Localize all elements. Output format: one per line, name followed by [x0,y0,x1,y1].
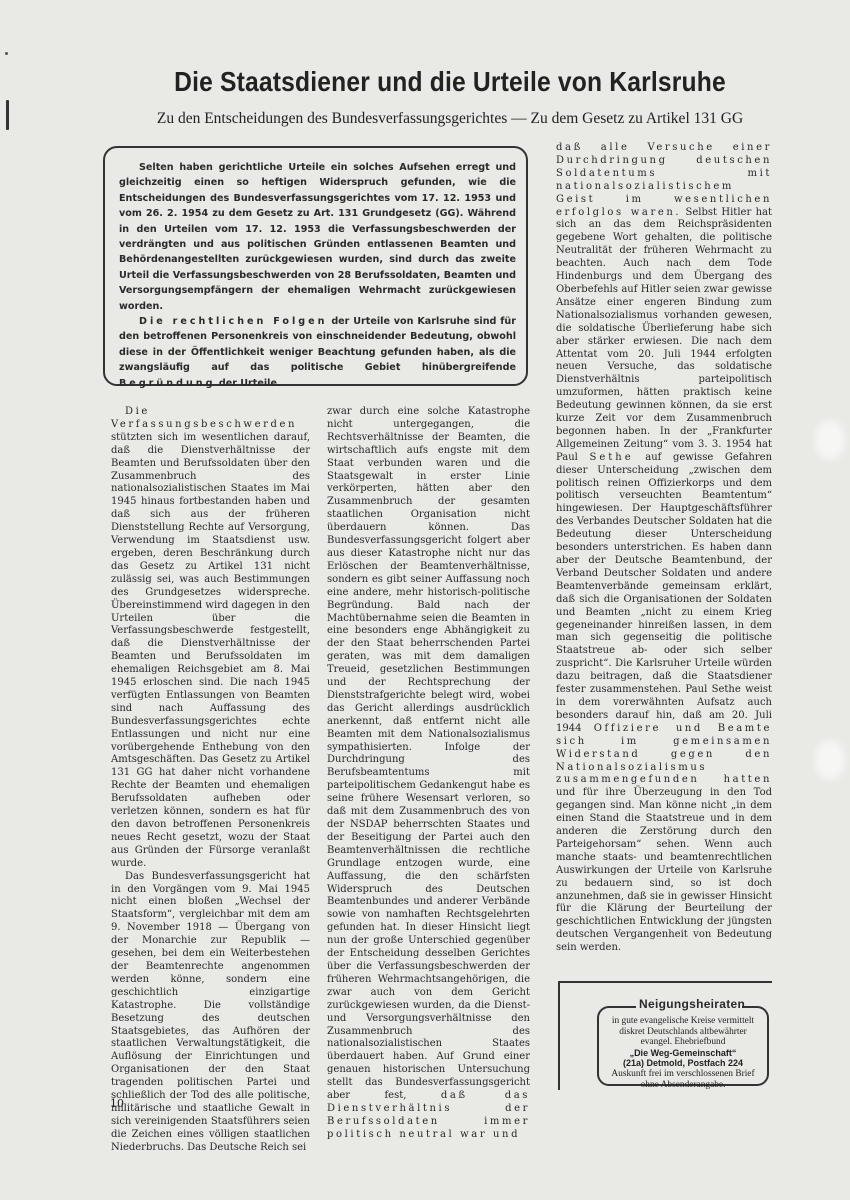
column-1-paragraph-2: Das Bundesverfassungsgericht hat in den … [111,871,310,1155]
intro-paragraph-2: Die rechtlichen Folgen der Urteile von K… [119,314,516,391]
column-2-paragraph-1: zwar durch eine solche Katastrophe nicht… [327,406,530,1142]
emphasis-text: Sethe [590,452,634,463]
body-text: der Urteile. [215,378,280,389]
scan-mark [5,52,8,55]
page-number: 10 [110,1097,124,1110]
body-text: und für ihre Überzeugung in den Tod gega… [556,787,772,953]
advertisement-organization: „Die Weg-Gemeinschaft“ [603,1048,763,1059]
column-3: daß alle Versuche einer Durchdringung de… [556,142,772,955]
article-title: Die Staatsdiener und die Urteile von Kar… [142,66,758,98]
magazine-page: Die Staatsdiener und die Urteile von Kar… [0,0,850,1200]
advertisement-border [558,983,560,1090]
emphasis-text: Die rechtlichen Folgen [139,316,327,327]
column-1-paragraph-1: Die Verfassungsbeschwerden stützten sich… [111,406,310,871]
intro-box: Selten haben gerichtliche Urteile ein so… [103,146,528,386]
article-subtitle: Zu den Entscheidungen des Bundesverfassu… [100,110,800,128]
body-text: stützten sich im wesentlichen darauf, da… [111,432,310,869]
intro-paragraph-1: Selten haben gerichtliche Urteile ein so… [119,160,516,314]
column-1: Die Verfassungsbeschwerden stützten sich… [111,406,310,1155]
punch-hole [815,420,845,460]
body-text: Selbst Hitler hat sich an das dem Reichs… [556,207,772,463]
advertisement-note: Auskunft frei im verschlossenen Brief oh… [603,1069,763,1090]
column-3-paragraph-1: daß alle Versuche einer Durchdringung de… [556,142,772,955]
emphasis-text: Die Verfassungsbeschwerden [111,406,297,430]
advertisement-divider [558,981,772,983]
punch-hole [815,740,845,780]
column-2: zwar durch eine solche Katastrophe nicht… [327,406,530,1142]
emphasis-text: Begründung [119,378,215,389]
body-text: zwar durch eine solche Katastrophe nicht… [327,406,530,1101]
body-text: auf gewisse Gefahren dieser Unterscheidu… [556,452,772,734]
advertisement-title: Neigungsheiraten [636,997,742,1011]
scan-mark [6,100,9,130]
advertisement-box: in gute evangelische Kreise vermittelt d… [597,1006,769,1086]
advertisement-address: (21a) Detmold, Postfach 224 [603,1058,763,1069]
advertisement-text: in gute evangelische Kreise vermittelt d… [603,1016,763,1048]
